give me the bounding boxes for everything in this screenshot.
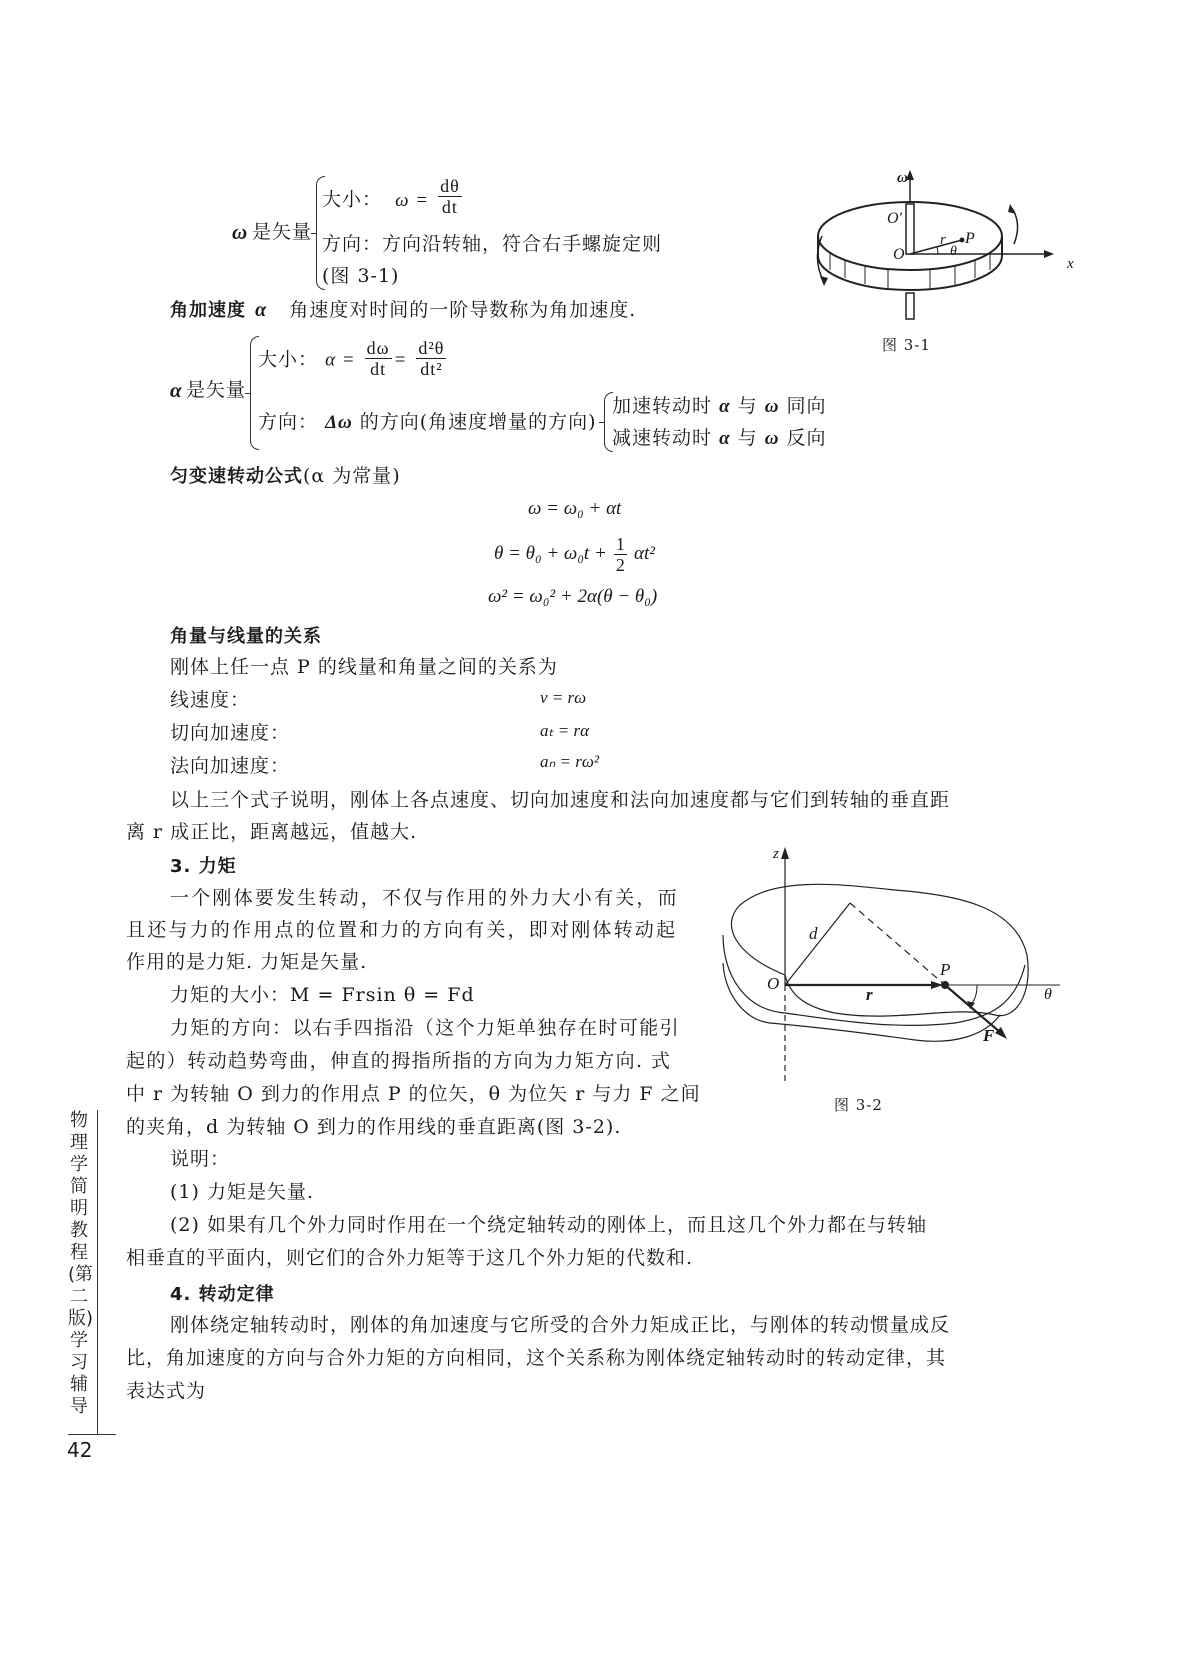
- running-side-title: 物理学简明教程(第二版)学习辅导: [68, 1110, 90, 1418]
- page-number-rule: [68, 1434, 116, 1435]
- half-fraction: 1 2: [614, 534, 627, 575]
- magnitude-label: 大小：: [258, 349, 318, 371]
- alpha-symbol: α: [719, 428, 731, 449]
- alpha-fraction-2: d²θ dt²: [416, 338, 446, 379]
- fraction-numerator: dθ: [438, 176, 462, 197]
- o-label: O: [893, 246, 905, 264]
- magnitude-label: 大小：: [322, 189, 382, 211]
- heading-note: (α 为常量): [303, 465, 401, 487]
- case-text: 与: [738, 427, 758, 449]
- equation-1: ω = ω₀ + αt: [528, 498, 621, 520]
- rotating-disk-diagram: [810, 168, 1070, 348]
- f-vector-label: F: [983, 1026, 994, 1046]
- rotation-law-line3: 表达式为: [126, 1379, 206, 1403]
- alpha-magnitude: 大小： α = dω dt = d²θ dt²: [258, 340, 448, 381]
- note-1: (1) 力矩是矢量.: [170, 1180, 314, 1204]
- alpha-lhs: α =: [325, 350, 356, 371]
- torque-heading: 3. 力矩: [170, 852, 237, 878]
- torque-p1-line3: 作用的是力矩. 力矩是矢量.: [126, 950, 367, 974]
- note-label: 说明：: [170, 1147, 230, 1171]
- case-accelerating: 加速转动时 α 与 ω 同向: [612, 394, 827, 419]
- case-text: 与: [738, 395, 758, 417]
- torque-direction-line2: 起的）转动趋势弯曲，伸直的拇指所指的方向为力矩方向. 式: [126, 1049, 671, 1073]
- alpha-lead: 是矢量: [186, 378, 246, 402]
- rotation-law-heading: 4. 转动定律: [170, 1280, 275, 1306]
- torque-p1-line1: 一个刚体要发生转动，不仅与作用的外力大小有关，而: [170, 886, 679, 910]
- omega-fraction: dθ dt: [438, 176, 462, 217]
- section-heading: 匀变速转动公式: [170, 466, 303, 487]
- note-2-line2: 相垂直的平面内，则它们的合外力矩等于这几个外力矩的代数和.: [126, 1246, 693, 1270]
- omega-symbol: ω: [232, 220, 248, 244]
- delta-omega-symbol: Δω: [325, 412, 353, 433]
- omega-direction: 方向：方向沿转轴，符合右手螺旋定则: [322, 232, 662, 256]
- torque-direction-line1: 力矩的方向：以右手四指沿（这个力矩单独存在时可能引: [170, 1016, 680, 1040]
- relation-formula: aₙ = rω²: [540, 752, 599, 772]
- equation-2: θ = θ₀ + ω₀t + 1 2 αt²: [494, 534, 655, 575]
- omega-direction-ref: (图 3-1): [322, 264, 399, 288]
- definition-text: 角速度对时间的一阶导数称为角加速度.: [289, 299, 636, 321]
- section-heading: 角加速度: [170, 300, 246, 321]
- torque-diagram: [715, 845, 1060, 1090]
- omega-symbol: ω: [765, 428, 780, 449]
- alpha-symbol: α: [170, 378, 183, 402]
- fraction-denominator: dt²: [418, 359, 444, 379]
- d-label: d: [809, 924, 818, 944]
- r-label: r: [940, 232, 946, 249]
- case-decelerating: 减速转动时 α 与 ω 反向: [612, 426, 827, 451]
- torque-magnitude: 力矩的大小：M = Frsin θ = Fd: [170, 983, 475, 1007]
- o-label: O: [767, 974, 779, 994]
- conclusion-line-1: 以上三个式子说明，刚体上各点速度、切向加速度和法向加速度都与它们到转轴的垂直距: [170, 788, 950, 812]
- relation-formula: v = rω: [540, 688, 586, 708]
- torque-direction-line3: 中 r 为转轴 O 到力的作用点 P 的位矢，θ 为位矢 r 与力 F 之间: [126, 1082, 701, 1106]
- equation-lhs: θ = θ₀ + ω₀t +: [494, 543, 607, 564]
- page-number: 42: [67, 1438, 92, 1462]
- omega-magnitude: 大小： ω = dθ dt: [322, 180, 464, 221]
- angular-acceleration-def: 角加速度 α 角速度对时间的一阶导数称为角加速度.: [170, 296, 636, 322]
- case-text: 减速转动时: [612, 427, 712, 449]
- direction-label: 方向：: [258, 411, 318, 433]
- x-label: x: [1067, 256, 1074, 273]
- alpha-fraction-1: dω dt: [365, 338, 392, 379]
- o-prime-label: O′: [887, 210, 902, 228]
- omega-lead: 是矢量: [252, 220, 312, 244]
- torque-p1-line2: 且还与力的作用点的位置和力的方向有关，即对刚体转动起: [126, 918, 677, 942]
- relation-label: 法向加速度：: [170, 754, 290, 778]
- alpha-symbol: α: [255, 299, 266, 321]
- case-text: 反向: [786, 427, 826, 449]
- z-axis-label: z: [773, 846, 779, 863]
- figure-caption: 图 3-2: [834, 1094, 883, 1115]
- fraction-numerator: 1: [614, 534, 627, 555]
- p-label: P: [940, 960, 950, 980]
- fraction-numerator: d²θ: [416, 338, 446, 359]
- fraction-numerator: dω: [365, 338, 392, 359]
- omega-axis-label: ω: [897, 170, 908, 187]
- theta-label: θ: [950, 244, 957, 260]
- torque-direction-line4: 的夹角，d 为转轴 O 到力的作用线的垂直距离(图 3-2).: [126, 1115, 621, 1139]
- relation-label: 线速度：: [170, 688, 250, 712]
- angular-linear-intro: 刚体上任一点 P 的线量和角量之间的关系为: [170, 655, 558, 679]
- equation-3: ω² = ω₀² + 2α(θ − θ₀): [488, 586, 657, 608]
- relation-formula: aₜ = rα: [540, 721, 589, 741]
- side-divider: [97, 1110, 98, 1435]
- fraction-denominator: dt: [440, 197, 460, 217]
- conclusion-line-2: 离 r 成正比，距离越远，值越大.: [126, 820, 417, 844]
- alpha-symbol: α: [719, 396, 731, 417]
- omega-symbol: ω: [765, 396, 780, 417]
- rotation-law-line2: 比，角加速度的方向与合外力矩的方向相同，这个关系称为刚体绕定轴转动时的转动定律，…: [126, 1346, 946, 1370]
- relation-label: 切向加速度：: [170, 721, 290, 745]
- uniform-formulas-heading: 匀变速转动公式(α 为常量): [170, 462, 401, 488]
- angular-linear-heading: 角量与线量的关系: [170, 622, 322, 648]
- omega-lhs: ω =: [395, 190, 429, 211]
- alpha-direction: 方向： Δω 的方向(角速度增量的方向): [258, 410, 597, 435]
- direction-text: 的方向(角速度增量的方向): [360, 411, 597, 433]
- case-text: 加速转动时: [612, 395, 712, 417]
- case-text: 同向: [786, 395, 826, 417]
- rotation-law-line1: 刚体绕定轴转动时，刚体的角加速度与它所受的合外力矩成正比，与刚体的转动惯量成反: [170, 1313, 950, 1337]
- fraction-denominator: dt: [368, 359, 388, 379]
- equation-rhs: αt²: [634, 543, 655, 564]
- note-2-line1: (2) 如果有几个外力同时作用在一个绕定轴转动的刚体上，而且这几个外力都在与转轴: [170, 1213, 927, 1237]
- theta-label: θ: [1044, 986, 1052, 1004]
- r-vector-label: r: [866, 985, 873, 1005]
- p-label: P: [965, 230, 975, 248]
- fraction-denominator: 2: [614, 555, 627, 575]
- figure-caption: 图 3-1: [882, 334, 931, 355]
